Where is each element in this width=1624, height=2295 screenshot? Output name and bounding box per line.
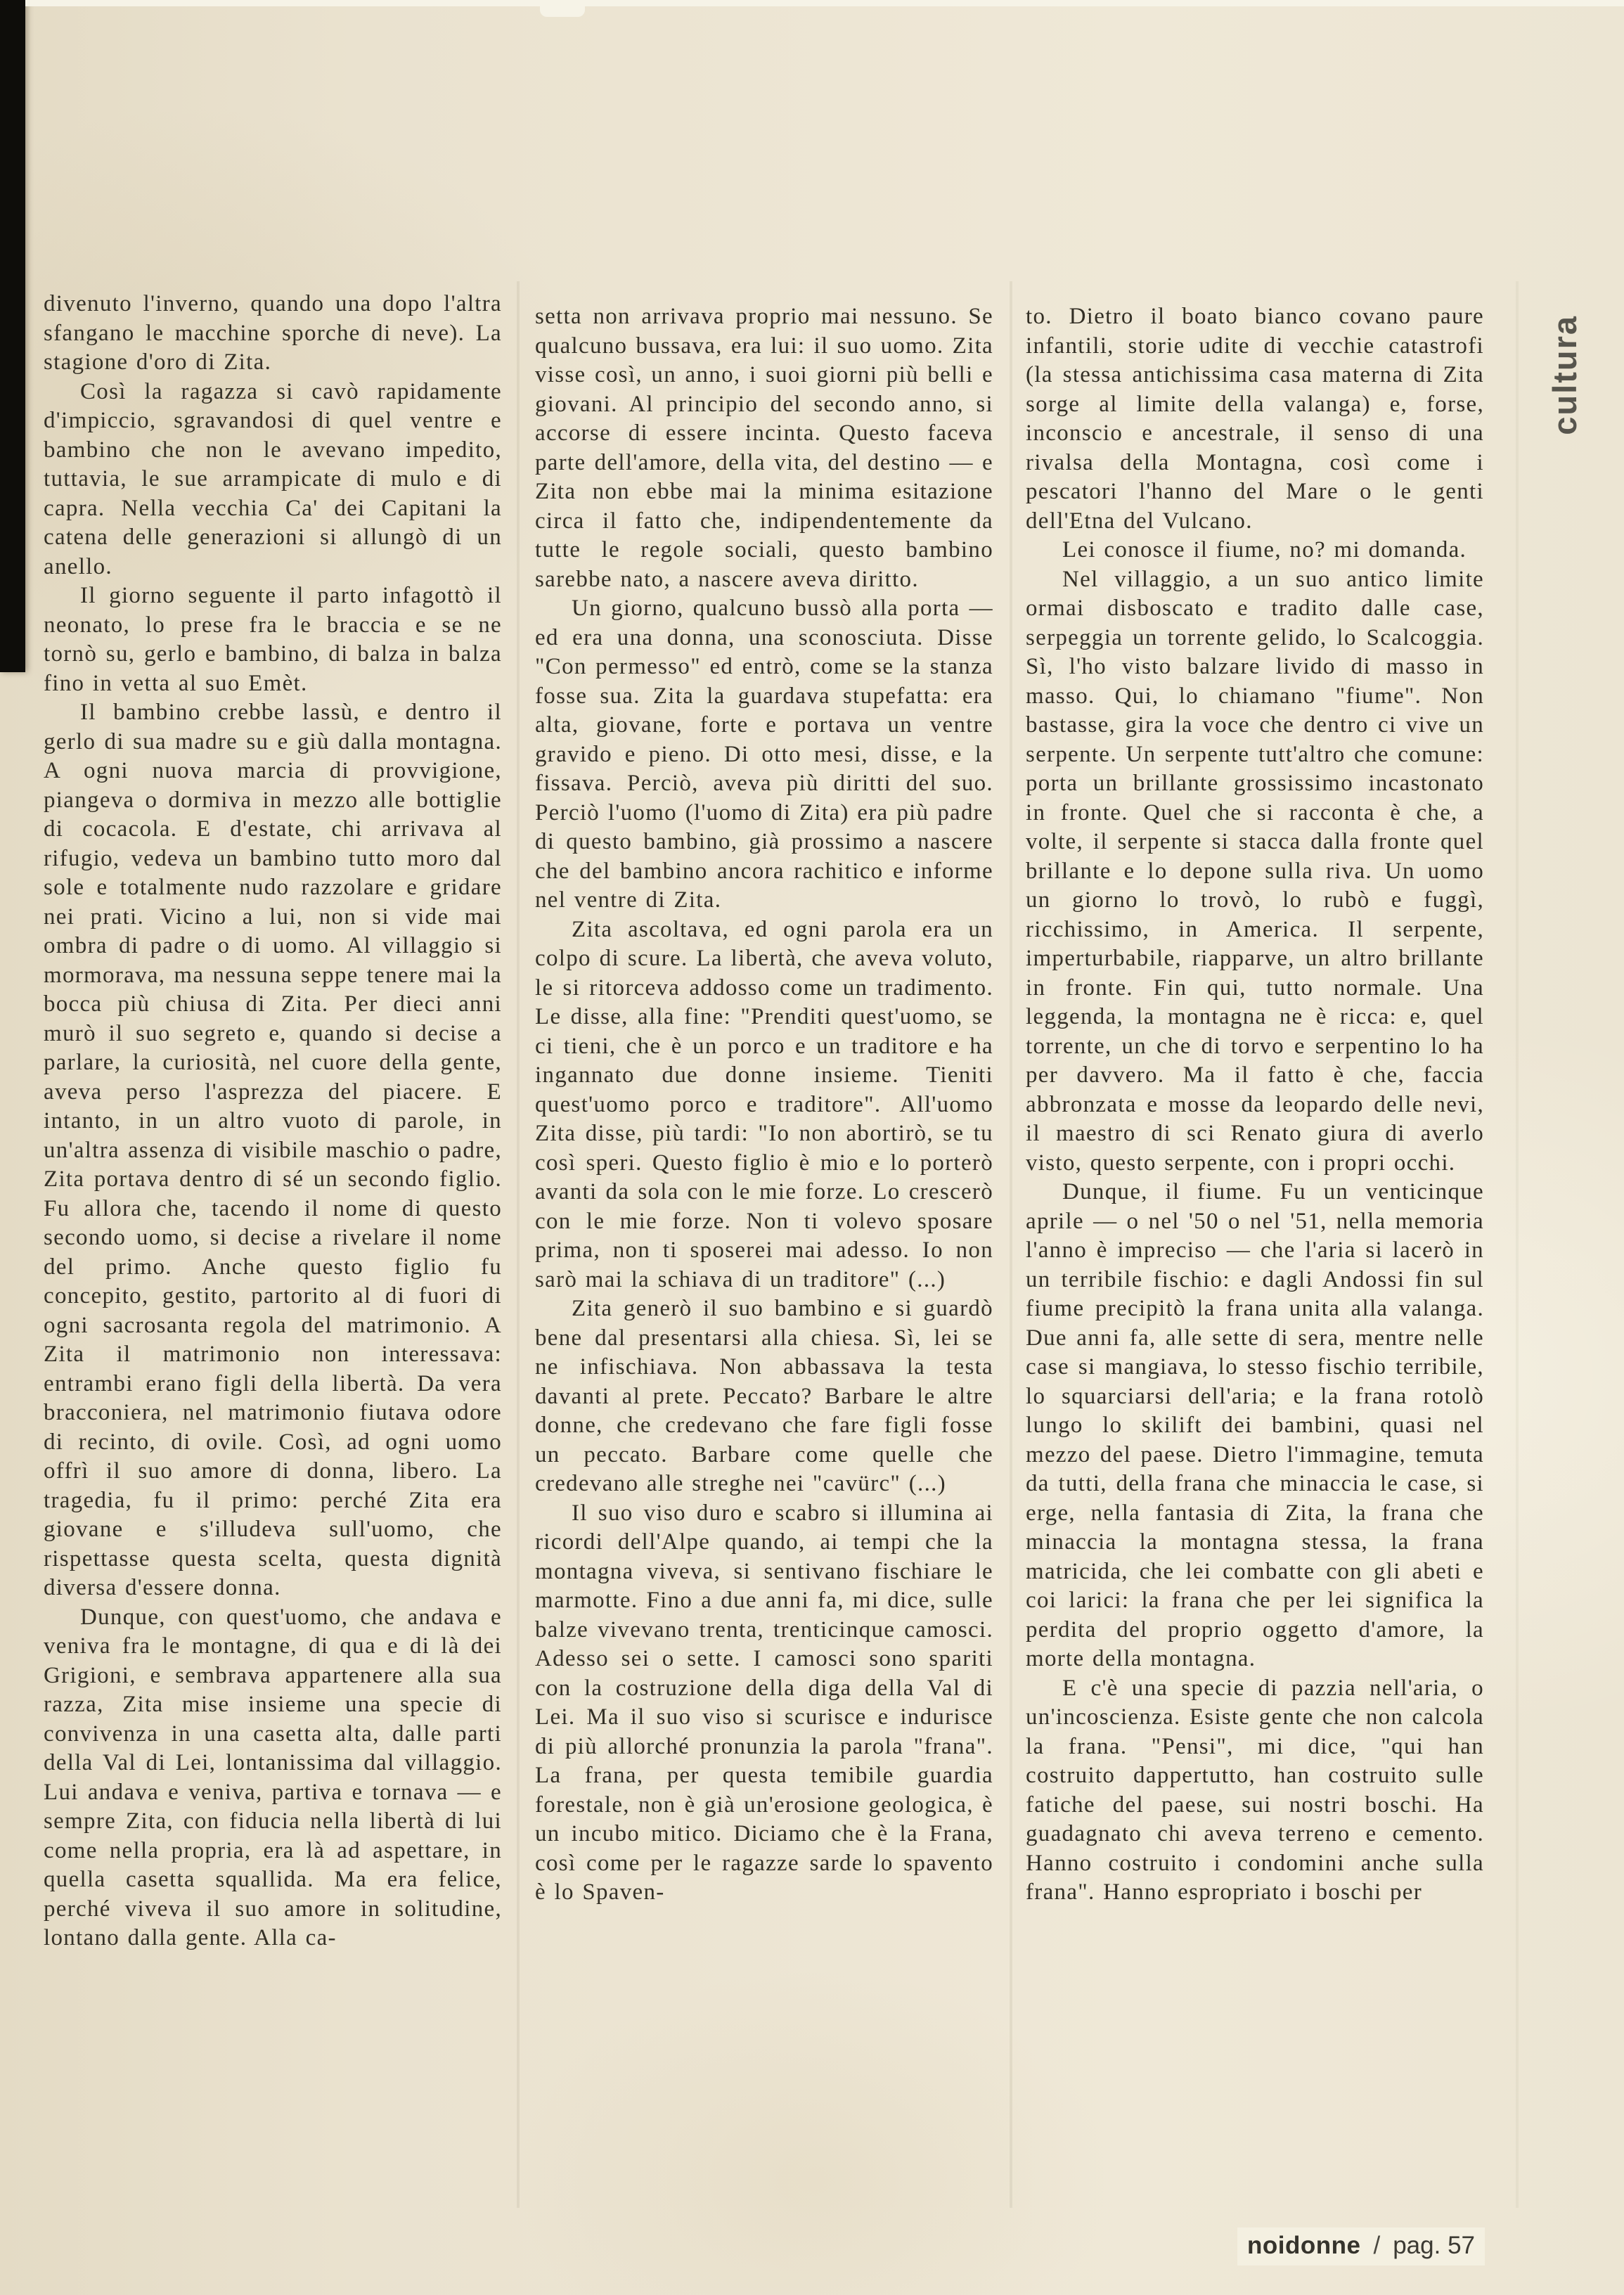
column-gutter-crease bbox=[1010, 281, 1012, 2208]
paragraph: Un giorno, qualcuno bussò alla porta — e… bbox=[535, 594, 993, 915]
paragraph: E c'è una specie di pazzia nell'aria, o … bbox=[1026, 1674, 1484, 1908]
text-column-middle: setta non arrivava proprio mai nessuno. … bbox=[535, 302, 993, 1908]
section-label-text: cultura bbox=[1545, 315, 1584, 435]
text-column-right: to. Dietro il boato bianco covano paure … bbox=[1026, 302, 1484, 1908]
paragraph: Dunque, con quest'uomo, che andava e ven… bbox=[44, 1603, 502, 1953]
scan-edge-shadow bbox=[0, 0, 25, 672]
paragraph: Così la ragazza si cavò rapidamente d'im… bbox=[44, 378, 502, 582]
right-margin-crease bbox=[1516, 281, 1519, 2208]
magazine-name: noidonne bbox=[1247, 2232, 1360, 2260]
paragraph: divenuto l'inverno, quando una dopo l'al… bbox=[44, 290, 502, 378]
paragraph: Zita ascoltava, ed ogni parola era un co… bbox=[535, 915, 993, 1295]
paragraph: Il bambino crebbe lassù, e dentro il ger… bbox=[44, 698, 502, 1603]
page-footer: noidonne / pag. 57 bbox=[1237, 2227, 1485, 2265]
column-gutter-crease bbox=[517, 281, 520, 2208]
paragraph: to. Dietro il boato bianco covano paure … bbox=[1026, 302, 1484, 536]
scan-top-notch bbox=[540, 0, 585, 17]
paragraph: Il suo viso duro e scabro si illumina ai… bbox=[535, 1499, 993, 1908]
paragraph: Nel villaggio, a un suo antico limite or… bbox=[1026, 565, 1484, 1178]
section-label-cultura: cultura bbox=[1545, 315, 1596, 449]
text-column-left: divenuto l'inverno, quando una dopo l'al… bbox=[44, 290, 502, 1953]
footer-separator: / bbox=[1373, 2232, 1380, 2260]
magazine-page: divenuto l'inverno, quando una dopo l'al… bbox=[0, 0, 1624, 2295]
paragraph: Zita generò il suo bambino e si guardò b… bbox=[535, 1294, 993, 1499]
paragraph: Dunque, il fiume. Fu un venticinque apri… bbox=[1026, 1178, 1484, 1674]
scan-top-edge bbox=[25, 0, 1624, 6]
page-number: pag. 57 bbox=[1393, 2232, 1475, 2260]
paragraph: Lei conosce il fiume, no? mi domanda. bbox=[1026, 536, 1484, 565]
paragraph: Il giorno seguente il parto infagottò il… bbox=[44, 581, 502, 698]
paragraph: setta non arrivava proprio mai nessuno. … bbox=[535, 302, 993, 594]
